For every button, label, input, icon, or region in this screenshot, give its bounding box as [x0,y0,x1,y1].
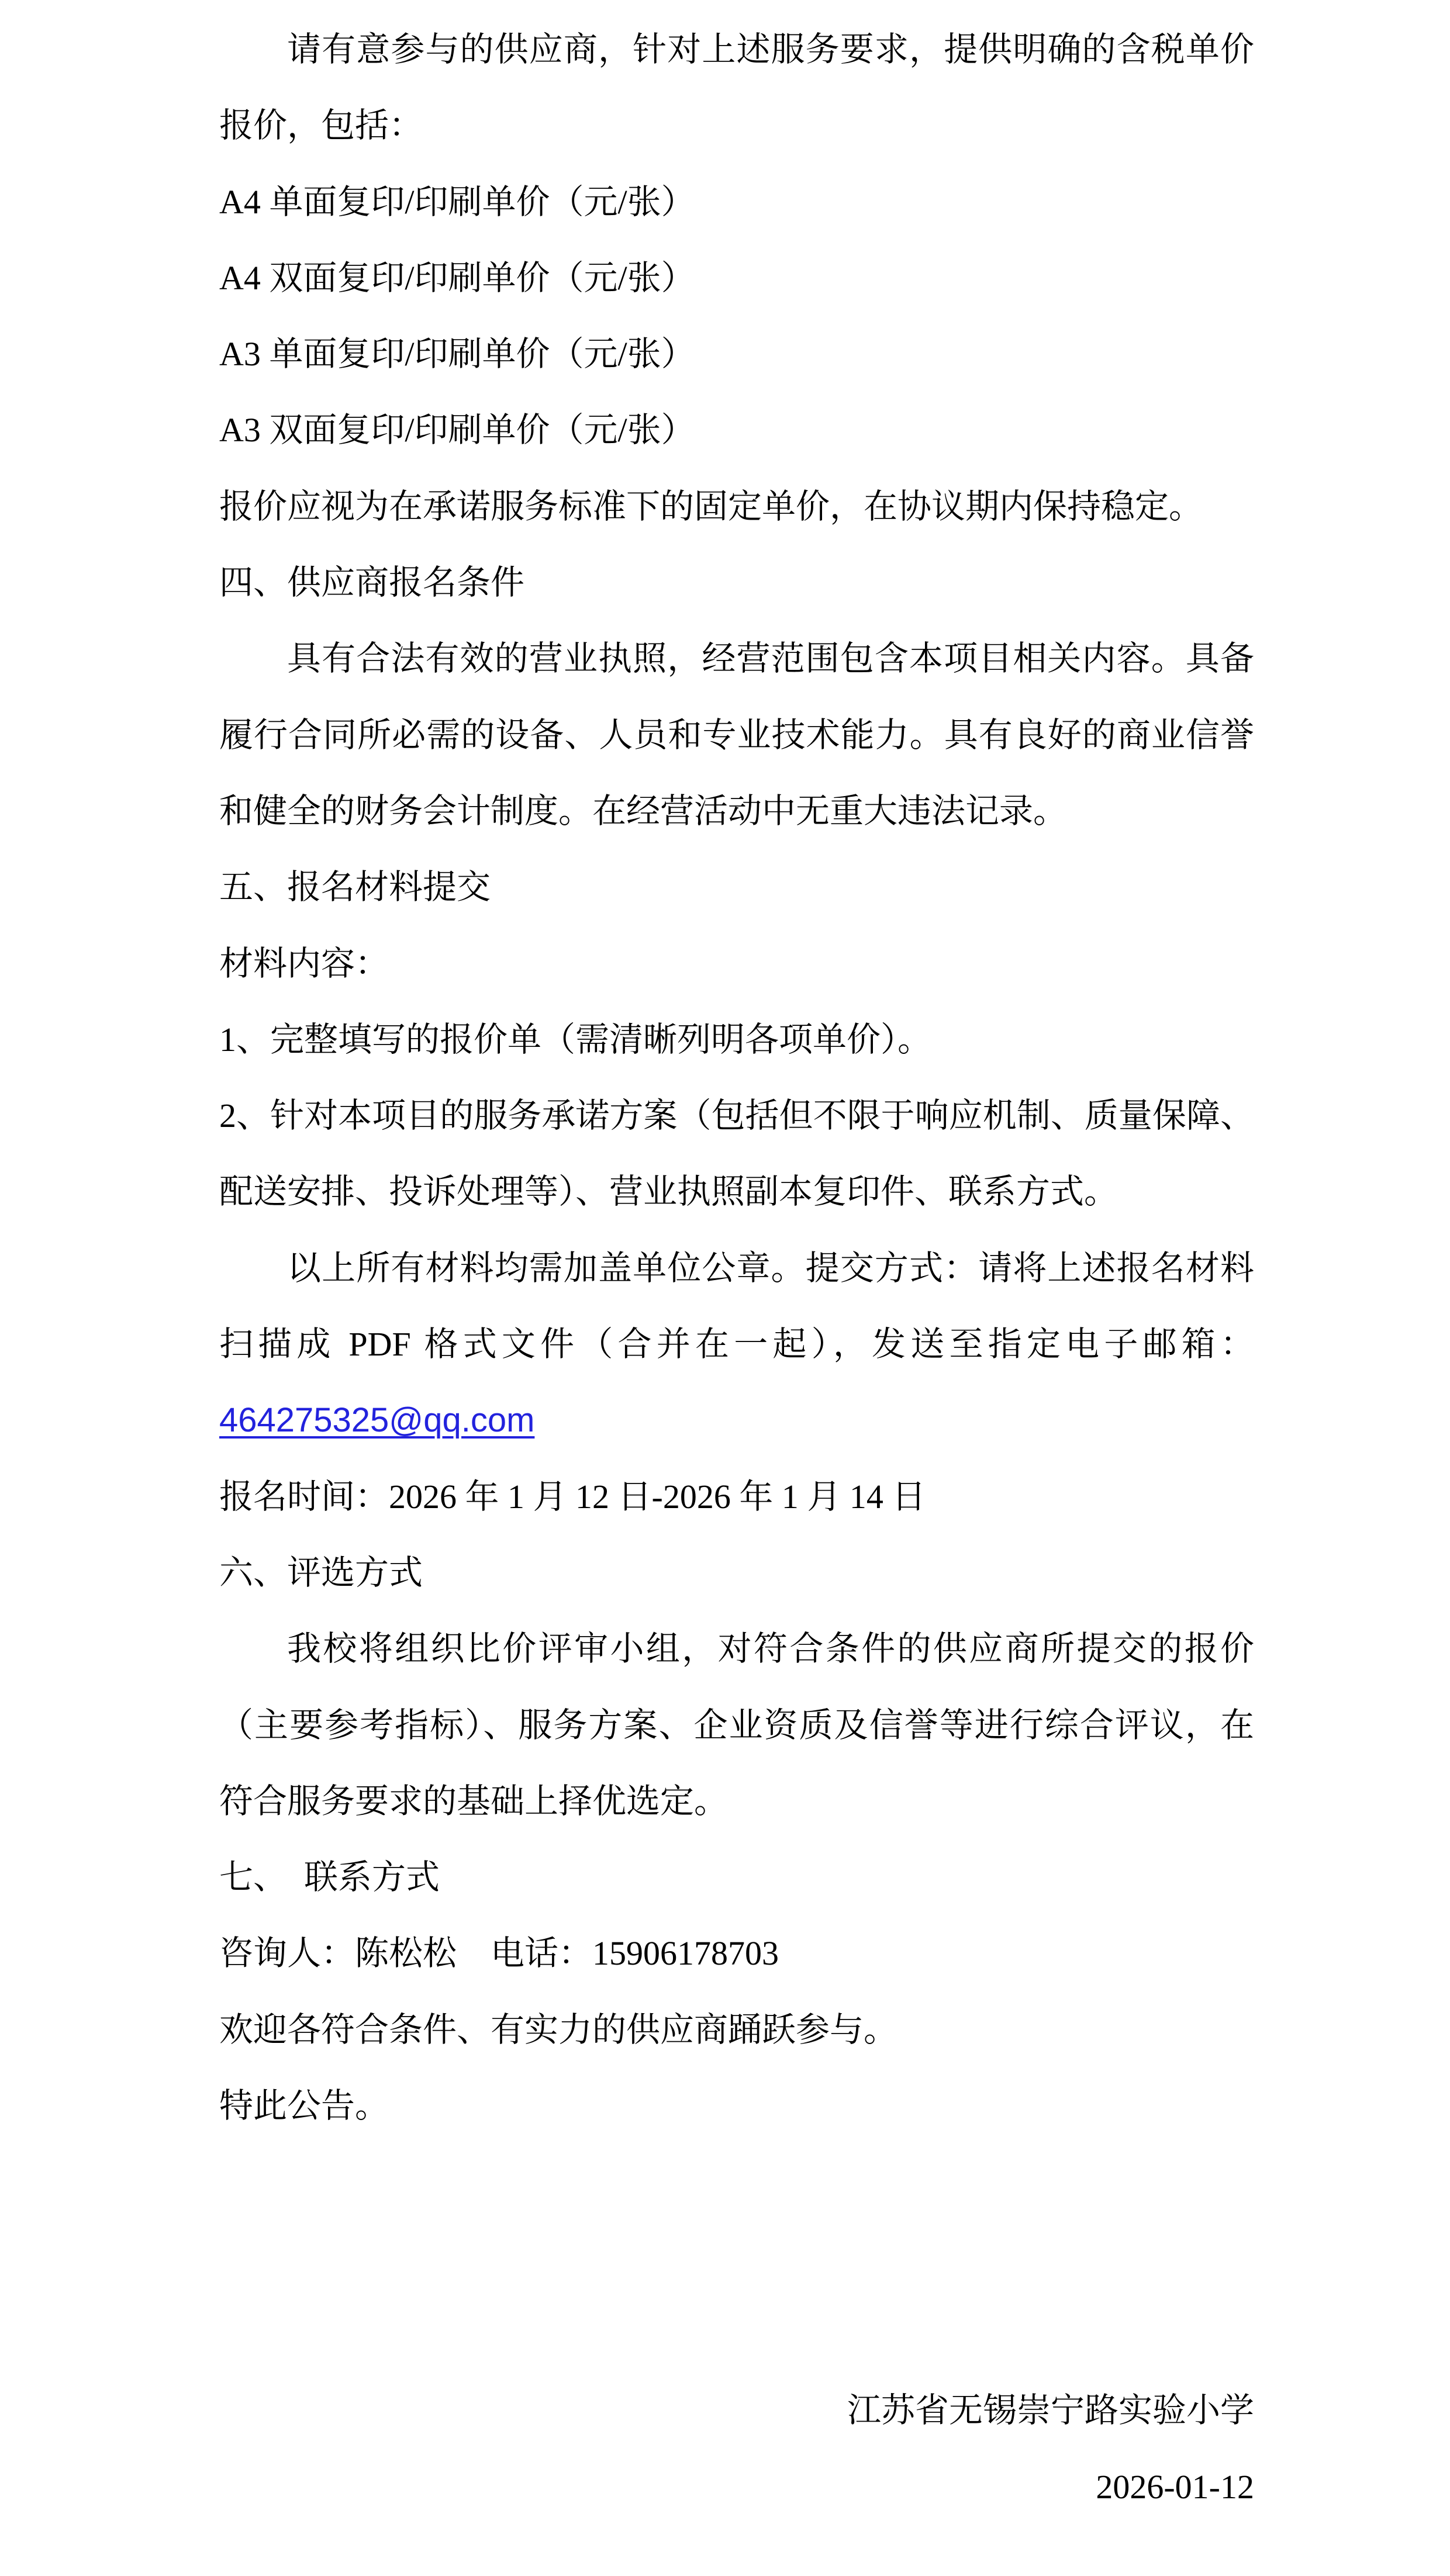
text-line: 2、针对本项目的服务承诺方案（包括但不限于响应机制、质量保障、 [219,1078,1254,1154]
text-line: 配送安排、投诉处理等）、营业执照副本复印件、联系方式。 [219,1154,1254,1230]
text-line: 符合服务要求的基础上择优选定。 [219,1764,1254,1839]
text-line: 四、供应商报名条件 [219,545,1254,621]
text-line: 2026-01-12 [219,2449,1254,2525]
text-line: A3 双面复印/印刷单价（元/张） [219,392,1254,468]
email-link[interactable]: 464275325@qq.com [219,1401,534,1439]
text-line: 欢迎各符合条件、有实力的供应商踊跃参与。 [219,1992,1254,2068]
text-line: 五、报名材料提交 [219,849,1254,925]
text-line: 我校将组织比价评审小组，对符合条件的供应商所提交的报价 [219,1611,1254,1687]
text-line: （主要参考指标）、服务方案、企业资质及信誉等进行综合评议，在 [219,1688,1254,1764]
text-line: 扫描成 PDF 格式文件（合并在一起），发送至指定电子邮箱： [219,1306,1254,1382]
text-line: 材料内容： [219,926,1254,1002]
blank-line [219,2297,1254,2373]
text-line: 请有意参与的供应商，针对上述服务要求，提供明确的含税单价 [219,12,1254,88]
blank-line [219,2144,1254,2220]
document-page: 请有意参与的供应商，针对上述服务要求，提供明确的含税单价报价，包括：A4 单面复… [0,0,1450,2576]
text-line: 咨询人：陈松松 电话：15906178703 [219,1915,1254,1991]
text-line: 特此公告。 [219,2068,1254,2144]
blank-line [219,2221,1254,2297]
text-line: A4 单面复印/印刷单价（元/张） [219,164,1254,240]
text-line: 报价，包括： [219,88,1254,164]
text-line: A3 单面复印/印刷单价（元/张） [219,316,1254,392]
text-line: 江苏省无锡崇宁路实验小学 [219,2373,1254,2449]
text-line: 具有合法有效的营业执照，经营范围包含本项目相关内容。具备 [219,621,1254,697]
text-line: 履行合同所必需的设备、人员和专业技术能力。具有良好的商业信誉 [219,697,1254,773]
text-line: 464275325@qq.com [219,1382,1254,1458]
text-line: 和健全的财务会计制度。在经营活动中无重大违法记录。 [219,773,1254,849]
text-line: 报名时间：2026 年 1 月 12 日-2026 年 1 月 14 日 [219,1459,1254,1535]
text-line: 七、 联系方式 [219,1839,1254,1915]
document-body: 请有意参与的供应商，针对上述服务要求，提供明确的含税单价报价，包括：A4 单面复… [219,12,1254,2525]
text-line: 六、评选方式 [219,1535,1254,1611]
text-line: A4 双面复印/印刷单价（元/张） [219,240,1254,316]
text-line: 报价应视为在承诺服务标准下的固定单价，在协议期内保持稳定。 [219,469,1254,545]
text-line: 以上所有材料均需加盖单位公章。提交方式：请将上述报名材料 [219,1230,1254,1306]
text-line: 1、完整填写的报价单（需清晰列明各项单价）。 [219,1002,1254,1078]
